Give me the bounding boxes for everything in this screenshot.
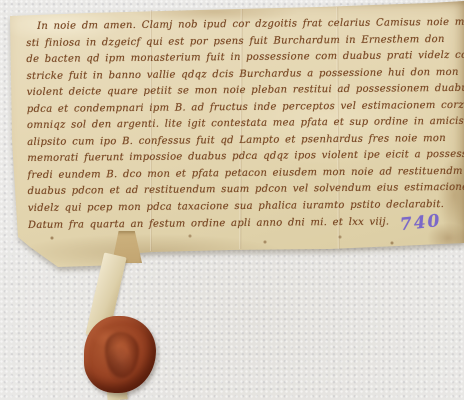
manuscript-text-block: In noie dm amen. Clamj nob ipud cor dzgo… (26, 15, 464, 237)
seal-relief-impression (104, 332, 140, 380)
photo-backdrop: In noie dm amen. Clamj nob ipud cor dzgo… (0, 0, 464, 400)
